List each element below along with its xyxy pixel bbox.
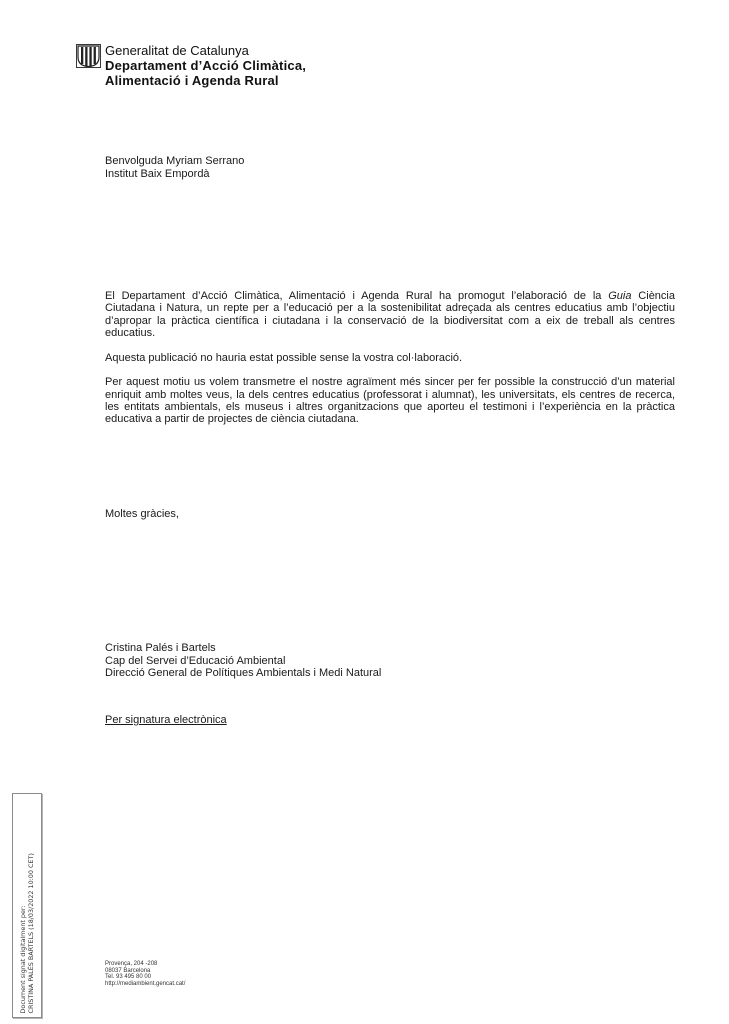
letterhead: Generalitat de Catalunya Departament d’A…: [76, 43, 306, 88]
body-paragraph-2: Aquesta publicació no hauria estat possi…: [105, 352, 675, 364]
signatory-name: Cristina Palés i Bartels: [105, 642, 381, 655]
signatory-position: Cap del Servei d’Educació Ambiental: [105, 655, 381, 668]
signatory-directorate: Direcció General de Polítiques Ambiental…: [105, 667, 381, 680]
recipient-greeting: Benvolguda Myriam Serrano: [105, 155, 244, 168]
guide-title-italic: Guia: [608, 290, 631, 302]
department-name-line1: Departament d’Acció Climàtica,: [105, 58, 306, 73]
closing-salutation: Moltes gràcies,: [105, 508, 179, 521]
body-paragraph-3: Per aquest motiu us volem transmetre el …: [105, 376, 675, 425]
footer-street: Provença, 204 -208: [105, 961, 185, 968]
stamp-line-1: Document signat digitalment per:: [19, 798, 27, 1013]
letter-body: El Departament d’Acció Climàtica, Alimen…: [105, 290, 675, 438]
footer-phone: Tel. 93 495 80 00: [105, 974, 185, 981]
stamp-line-2: CRISTINA PALÉS BARTELS (18/03/2022 10:00…: [27, 798, 35, 1013]
electronic-signature-link[interactable]: Per signatura electrònica: [105, 714, 227, 727]
organization-name: Generalitat de Catalunya: [105, 43, 306, 58]
recipient-institution: Institut Baix Empordà: [105, 168, 244, 181]
paragraph-1-text-start: El Departament d’Acció Climàtica, Alimen…: [105, 290, 608, 302]
footer-website[interactable]: http://mediambient.gencat.cat/: [105, 981, 185, 988]
footer-address: Provença, 204 -208 08037 Barcelona Tel. …: [105, 961, 185, 987]
digital-signature-stamp-text: Document signat digitalment per: CRISTIN…: [19, 798, 35, 1013]
footer-city: 08037 Barcelona: [105, 968, 185, 975]
generalitat-senyera-icon: [76, 44, 101, 68]
body-paragraph-1: El Departament d’Acció Climàtica, Alimen…: [105, 290, 675, 339]
letter-page: Generalitat de Catalunya Departament d’A…: [0, 0, 729, 1024]
department-name-line2: Alimentació i Agenda Rural: [105, 73, 306, 88]
signature-block: Cristina Palés i Bartels Cap del Servei …: [105, 642, 381, 680]
recipient-block: Benvolguda Myriam Serrano Institut Baix …: [105, 155, 244, 181]
digital-signature-stamp: Document signat digitalment per: CRISTIN…: [12, 793, 42, 1018]
